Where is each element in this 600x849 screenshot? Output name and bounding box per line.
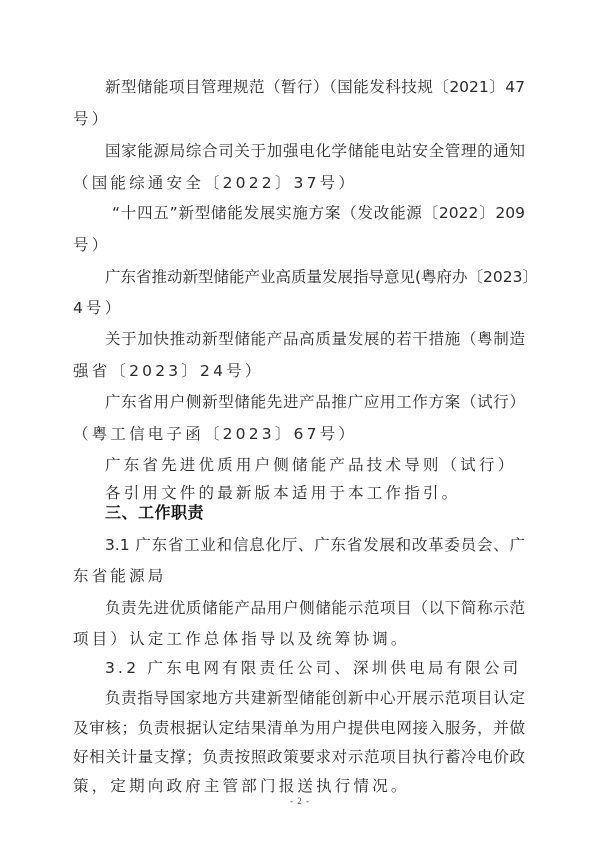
reference-note: 各引用文件的最新版本适用于本工作指引。 <box>105 483 460 503</box>
reference-line: 强省〔2023〕24号） <box>73 361 264 381</box>
clause-body: 策，定期向政府主管部门报送执行情况。 <box>73 776 410 796</box>
reference-line: 广东省推动新型储能产业高质量发展指导意见(粤府办〔2023〕 <box>105 267 525 287</box>
reference-line: “十四五”新型储能发展实施方案（发改能源〔2022〕209 <box>112 203 525 223</box>
clause-title: 3.1 广东省工业和信息化厅、广东省发展和改革委员会、广 <box>105 535 525 555</box>
reference-line: 号） <box>73 235 110 255</box>
reference-line: 4号） <box>73 298 123 318</box>
reference-line: 新型储能项目管理规范（暂行）（国能发科技规〔2021〕47 <box>105 77 525 97</box>
document-page: 新型储能项目管理规范（暂行）（国能发科技规〔2021〕47 号） 国家能源局综合… <box>0 0 600 849</box>
reference-line: （国能综通安全〔2022〕37号） <box>73 173 357 193</box>
reference-line: （粤工信电子函〔2023〕67号） <box>73 424 357 444</box>
reference-line: 国家能源局综合司关于加强电化学储能电站安全管理的通知 <box>105 141 525 161</box>
clause-body: 负责指导国家地方共建新型储能创新中心开展示范项目认定 <box>105 688 525 708</box>
clause-body: 项目）认定工作总体指导以及统筹协调。 <box>73 629 410 649</box>
clause-body: 好相关计量支撑；负责按照政策要求对示范项目执行蓄冷电价政 <box>73 747 525 767</box>
clause-body: 及审核；负责根据认定结果清单为用户提供电网接入服务，并做 <box>73 718 525 738</box>
clause-title: 东省能源局 <box>73 566 167 586</box>
reference-line: 广东省用户侧新型储能先进产品推广应用工作方案（试行） <box>105 392 525 412</box>
reference-line: 号） <box>73 109 110 129</box>
clause-title: 3.2 广东电网有限责任公司、深圳供电局有限公司 <box>105 658 521 678</box>
page-number: - 2 - <box>0 796 600 806</box>
clause-body: 负责先进优质储能产品用户侧储能示范项目（以下简称示范 <box>105 598 525 618</box>
reference-line: 关于加快推动新型储能产品高质量发展的若干措施（粤制造 <box>105 329 525 349</box>
section-heading: 三、工作职责 <box>105 503 204 523</box>
reference-line: 广东省先进优质用户侧储能产品技术导则（试行） <box>105 455 516 475</box>
